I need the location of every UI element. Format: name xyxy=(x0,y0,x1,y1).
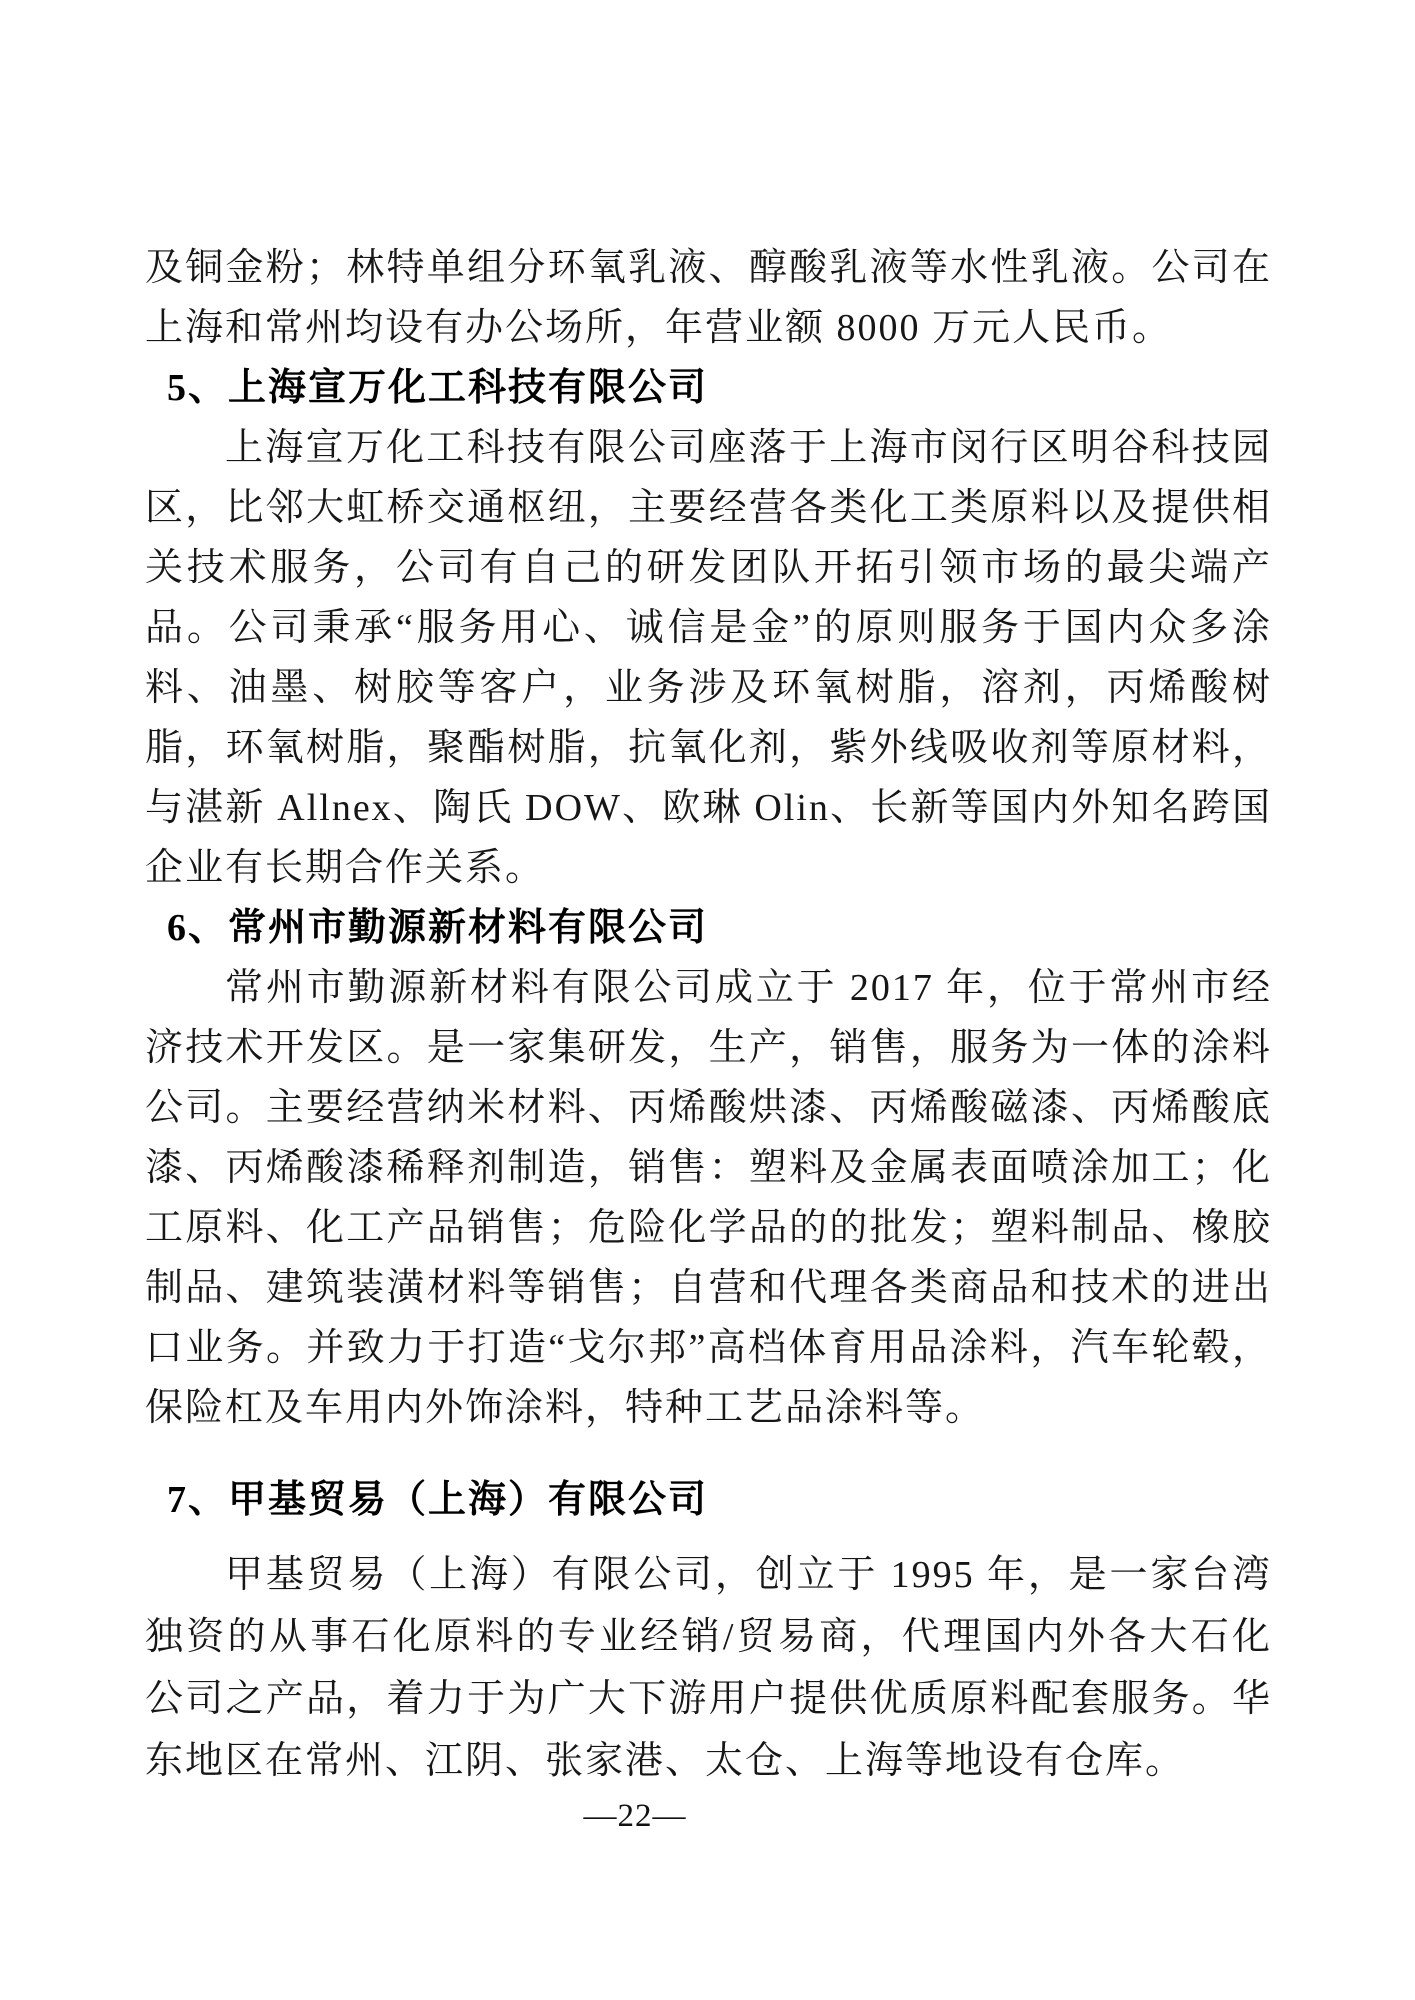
section-heading-7: 7、甲基贸易（上海）有限公司 xyxy=(145,1470,1272,1530)
paragraph-continuation: 及铜金粉；林特单组分环氧乳液、醇酸乳液等水性乳液。公司在上海和常州均设有办公场所… xyxy=(145,238,1272,358)
paragraph-section-5: 上海宣万化工科技有限公司座落于上海市闵行区明谷科技园区，比邻大虹桥交通枢纽，主要… xyxy=(145,418,1272,898)
page-number: —22— xyxy=(0,1798,1270,1835)
paragraph-section-7: 甲基贸易（上海）有限公司，创立于 1995 年，是一家台湾独资的从事石化原料的专… xyxy=(145,1544,1272,1792)
paragraph-section-6: 常州市勤源新材料有限公司成立于 2017 年，位于常州市经济技术开发区。是一家集… xyxy=(145,958,1272,1438)
section-heading-5: 5、上海宣万化工科技有限公司 xyxy=(145,358,1272,418)
document-page: 及铜金粉；林特单组分环氧乳液、醇酸乳液等水性乳液。公司在上海和常州均设有办公场所… xyxy=(0,0,1415,2000)
section-heading-6: 6、常州市勤源新材料有限公司 xyxy=(145,898,1272,958)
